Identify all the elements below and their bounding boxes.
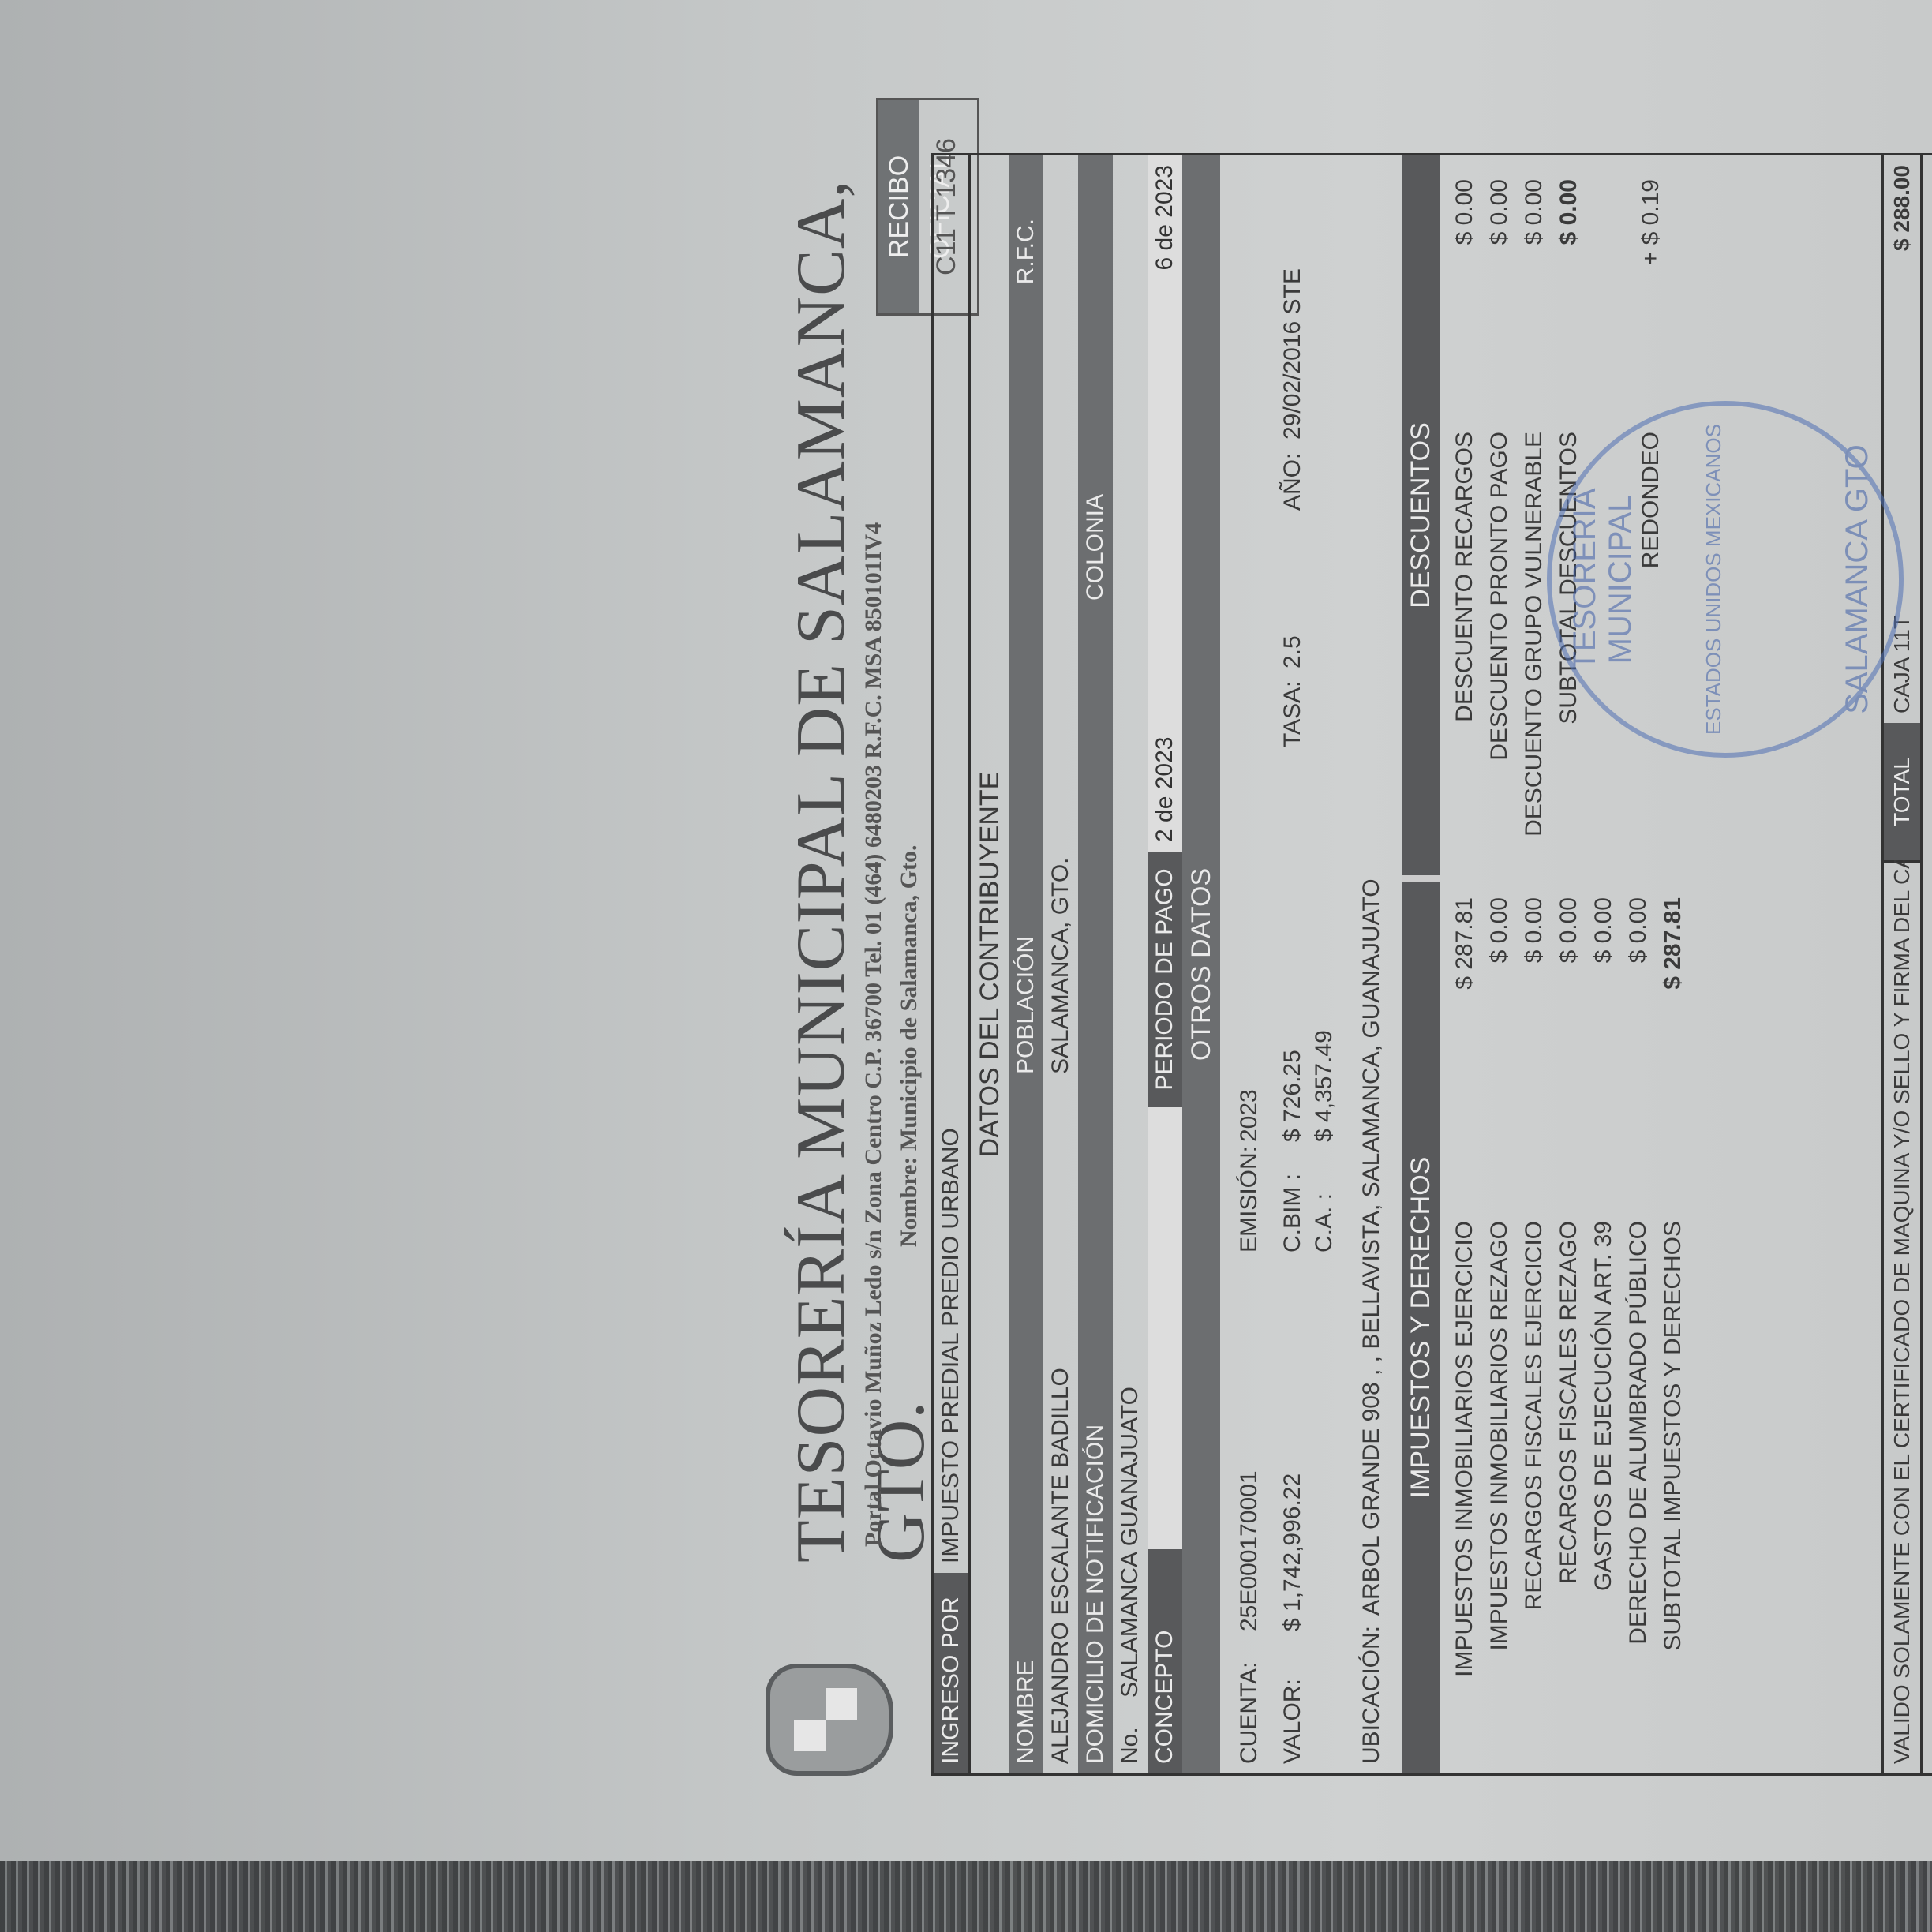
ubicacion-label: UBICACIÓN:: [1358, 1626, 1385, 1764]
line-item-value: $ 0.00: [1621, 882, 1656, 1189]
tasa-value: 2.5: [1279, 635, 1306, 668]
line-item: GASTOS DE EJECUCIÓN ART. 39$ 0.00: [1586, 882, 1621, 1773]
cuenta-label: CUENTA:: [1236, 1662, 1263, 1764]
contribuyente-section: DATOS DEL CONTRIBUYENTE: [968, 155, 1009, 1773]
emision-label: EMISIÓN:: [1236, 1146, 1263, 1252]
concepto-label: CONCEPTO: [1151, 1549, 1178, 1773]
line-item: DESCUENTO PRONTO PAGO$ 0.00: [1482, 163, 1517, 874]
nombre-label: NOMBRE: [1013, 1084, 1039, 1773]
periodo-from: 2 de 2023: [1148, 737, 1182, 842]
nombre-value: ALEJANDRO ESCALANTE BADILLO: [1047, 1084, 1074, 1773]
line-item-label: IMPUESTOS INMOBILIARIOS REZAGO: [1482, 1189, 1517, 1773]
stamp-inner-text: ESTADOS UNIDOS MEXICANOS: [1702, 406, 1726, 753]
anio-label: AÑO:: [1279, 453, 1306, 511]
validity-note: VALIDO SOLAMENTE CON EL CERTIFICADO DE M…: [1884, 860, 1920, 1773]
line-item-value: $ 287.81: [1447, 882, 1482, 1189]
ca-label: C.A. :: [1311, 1193, 1338, 1252]
concepto-row: CONCEPTO PERIODO DE PAGO 2 de 2023 6 de …: [1148, 155, 1182, 1773]
line-item: DESCUENTO GRUPO VULNERABLE$ 0.00: [1517, 163, 1552, 874]
anio-value: 29/02/2016 STE: [1279, 268, 1306, 440]
total-label: TOTAL: [1884, 723, 1920, 860]
line-item: IMPUESTOS INMOBILIARIOS REZAGO$ 0.00: [1482, 882, 1517, 1773]
subtotal-row: SUBTOTAL IMPUESTOS Y DERECHOS$ 287.81: [1656, 882, 1690, 1773]
line-item-label: RECARGOS FISCALES REZAGO: [1552, 1189, 1586, 1773]
ingreso-label: INGRESO POR: [934, 1573, 968, 1773]
line-item: DERECHO DE ALUMBRADO PÚBLICO$ 0.00: [1621, 882, 1656, 1773]
line-item-label: GASTOS DE EJECUCIÓN ART. 39: [1586, 1189, 1621, 1773]
periodo-to: 6 de 2023: [1148, 165, 1182, 270]
line-item-value: $ 0.00: [1517, 163, 1552, 400]
line-item-value: $ 0.00: [1552, 882, 1586, 1189]
ubicacion-value: ARBOL GRANDE 908 , , BELLAVISTA, SALAMAN…: [1358, 878, 1385, 1616]
domicilio-header-row: DOMICILIO DE NOTIFICACIÓN COLONIA: [1078, 155, 1113, 1773]
line-item-label: DERECHO DE ALUMBRADO PÚBLICO: [1621, 1189, 1656, 1773]
line-item: IMPUESTOS INMOBILIARIOS EJERCICIO$ 287.8…: [1447, 882, 1482, 1773]
otros-datos-block: CUENTA: 25E000170001 EMISIÓN: 2023 VALOR…: [1220, 155, 1402, 1773]
payment-method: EFECTIVO: [1923, 1597, 1932, 1773]
cbim-label: C.BIM :: [1279, 1174, 1306, 1252]
totals-body: IMPUESTOS INMOBILIARIOS EJERCICIO$ 287.8…: [1440, 155, 1881, 1773]
validity-row: VALIDO SOLAMENTE CON EL CERTIFICADO DE M…: [1881, 155, 1920, 1773]
treasury-address: Portal Octavio Muñoz Ledo s/n Zona Centr…: [860, 522, 887, 1547]
line-item-label: DESCUENTO PRONTO PAGO: [1482, 400, 1517, 874]
poblacion-value: SALAMANCA, GTO.: [1047, 591, 1074, 1084]
municipality-name: Nombre: Municipio de Salamanca, Gto.: [896, 845, 923, 1247]
payment-row: EFECTIVO SALAMANCA, GTO A 24 DE JANUARY …: [1920, 155, 1932, 1773]
municipal-crest-icon: [766, 1664, 893, 1776]
tasa-label: TASA:: [1279, 681, 1306, 747]
line-item: RECARGOS FISCALES REZAGO$ 0.00: [1552, 882, 1586, 1773]
ingreso-row: INGRESO POR IMPUESTO PREDIAL PREDIO URBA…: [934, 155, 968, 1773]
rfc-label: R.F.C.: [1013, 155, 1039, 591]
stamp-bottom-text: SALAMANCA GTO: [1840, 406, 1875, 753]
impuestos-section: IMPUESTOS Y DERECHOS: [1402, 882, 1440, 1773]
line-item-value: $ 0.00: [1482, 163, 1517, 400]
colonia-label: COLONIA: [1082, 485, 1109, 610]
treasury-stamp: TESORERIA MUNICIPAL ESTADOS UNIDOS MEXIC…: [1547, 401, 1904, 758]
line-item-value: $ 0.00: [1447, 163, 1482, 400]
periodo-label: PERIODO DE PAGO: [1151, 852, 1178, 1107]
receipt-label: RECIBO OFICIAL: [878, 100, 919, 313]
no-label: No.: [1117, 1707, 1144, 1773]
receipt: TESORERÍA MUNICIPAL DE SALAMANCA, GTO. P…: [758, 32, 1894, 1799]
ca-value: $ 4,357.49: [1311, 1030, 1338, 1142]
total-value: $ 288.00: [1884, 155, 1920, 546]
valor-label: VALOR:: [1279, 1679, 1306, 1764]
contribuyente-value-row: ALEJANDRO ESCALANTE BADILLO SALAMANCA, G…: [1043, 155, 1078, 1773]
descuentos-section: DESCUENTOS: [1402, 155, 1440, 882]
emision-value: 2023: [1236, 1089, 1263, 1142]
section-headers-row: IMPUESTOS Y DERECHOS DESCUENTOS: [1402, 155, 1440, 1773]
line-item-label: IMPUESTOS INMOBILIARIOS EJERCICIO: [1447, 1189, 1482, 1773]
stamp-top-text: TESORERIA MUNICIPAL: [1567, 406, 1638, 753]
line-item-value: $ 0.00: [1517, 882, 1552, 1189]
ingreso-value: IMPUESTO PREDIAL PREDIO URBANO: [938, 1118, 964, 1573]
poblacion-label: POBLACIÓN: [1013, 591, 1039, 1084]
domicilio-value-row: No. SALAMANCA GUANAJUATO: [1113, 155, 1148, 1773]
valor-value: $ 1,742,996.22: [1279, 1473, 1306, 1631]
otros-section: OTROS DATOS: [1182, 155, 1220, 1773]
domicilio-value: SALAMANCA GUANAJUATO: [1117, 1377, 1144, 1707]
receipt-form: INGRESO POR IMPUESTO PREDIAL PREDIO URBA…: [931, 153, 1932, 1776]
domicilio-label: DOMICILIO DE NOTIFICACIÓN: [1082, 610, 1109, 1773]
line-item: RECARGOS FISCALES EJERCICIO$ 0.00: [1517, 882, 1552, 1773]
line-item-value: $ 0.00: [1586, 882, 1621, 1189]
paper-edge: [0, 1861, 1932, 1932]
line-item-label: RECARGOS FISCALES EJERCICIO: [1517, 1189, 1552, 1773]
line-item-value: $ 0.00: [1482, 882, 1517, 1189]
contribuyente-header-row: NOMBRE POBLACIÓN R.F.C.: [1009, 155, 1043, 1773]
line-item-label: DESCUENTO RECARGOS: [1447, 400, 1482, 874]
line-item-label: DESCUENTO GRUPO VULNERABLE: [1517, 400, 1552, 874]
place-date: SALAMANCA, GTO A 24 DE JANUARY DE 2023: [1923, 1095, 1932, 1597]
cuenta-value: 25E000170001: [1236, 1470, 1263, 1631]
cbim-value: $ 726.25: [1279, 1050, 1306, 1142]
line-item: DESCUENTO RECARGOS$ 0.00: [1447, 163, 1482, 874]
